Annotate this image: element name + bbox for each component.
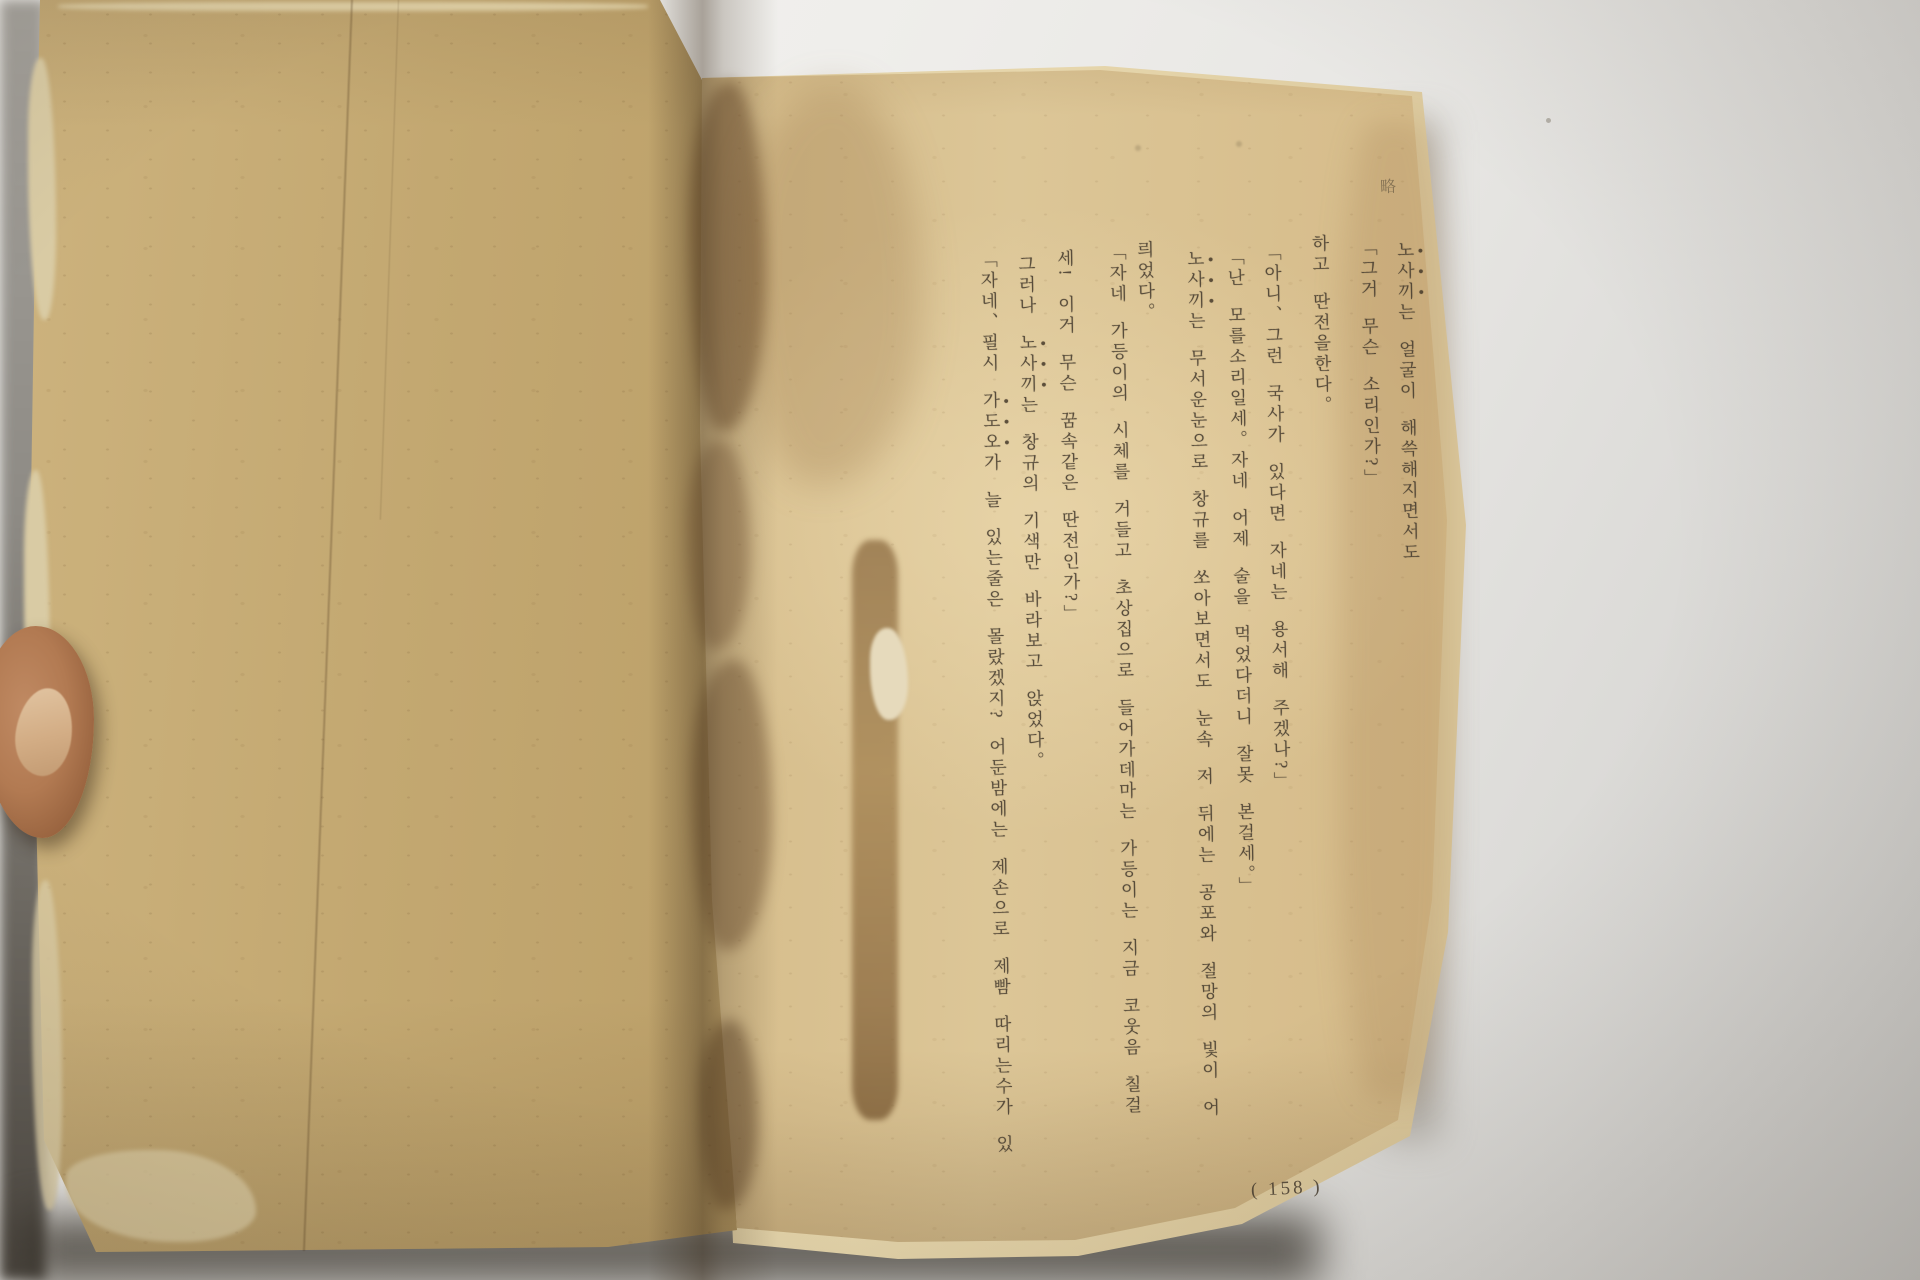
peeling-damage xyxy=(852,540,898,1120)
col-post: 는 창규의 기색만 바라보고 앉었다。 xyxy=(1019,395,1046,772)
text-column-3: 하고 딴전을한다。 xyxy=(1308,234,1343,417)
faint-speck xyxy=(1135,145,1141,151)
background-speck xyxy=(1546,118,1551,123)
text-column-10: 그러나 노사끼는 창규의 기색만 바라보고 앉었다。 xyxy=(1014,254,1055,772)
emphasized-name: 가도오 xyxy=(981,391,1002,453)
page-number: ( 158 ) xyxy=(1250,1176,1323,1202)
text-column-8: 「자네 가등이의 시체를 거들고 초상집으로 들어가데마는 가등이는 지금 코웃… xyxy=(1105,242,1153,1116)
emphasized-name: 노사끼 xyxy=(1018,333,1039,395)
col-pre: 하고 딴전을한다。 xyxy=(1310,234,1333,417)
text-column-6: 노사끼는 무서운눈으로 창규를 쏘아보면서도 눈속 저 뒤에는 공포와 절망의 … xyxy=(1183,249,1231,1119)
running-head: 略 xyxy=(1380,174,1397,198)
col-pre: 「아니、그런 국사가 있다면 자네는 용서해 주겠나?」 xyxy=(1262,243,1292,793)
col-pre: 그러나 xyxy=(1016,254,1037,333)
col-pre: 세! 이거 무슨 꿈속같은 딴전인가?」 xyxy=(1055,249,1082,625)
col-pre: 「그거 무슨 소리인가?」 xyxy=(1358,238,1383,489)
emphasized-name: 노사끼 xyxy=(1395,240,1416,302)
faint-speck xyxy=(1236,141,1242,147)
text-column-5: 「난 모를소리일세。자네 어제 술을 먹었다더니 잘못 본걸세。」 xyxy=(1223,247,1267,897)
col-pre: 「난 모를소리일세。자네 어제 술을 먹었다더니 잘못 본걸세。」 xyxy=(1225,248,1257,898)
text-block: 노사끼는 얼굴이 해쓱해지면서도 「그거 무슨 소리인가?」 하고 딴전을한다。… xyxy=(940,232,1478,1201)
text-column-9: 세! 이거 무슨 꿈속같은 딴전인가?」 xyxy=(1053,248,1092,625)
col-pre: 「자네 가등이의 시체를 거들고 초상집으로 들어가데마는 가등이는 지금 코웃… xyxy=(1107,243,1143,1117)
gutter-shadow xyxy=(648,0,778,1280)
text-column-4: 「아니、그런 국사가 있다면 자네는 용서해 주겠나?」 xyxy=(1260,243,1302,793)
col-post: 는 얼굴이 해쓱해지면서도 xyxy=(1396,302,1421,563)
col-pre: 「자네、필시 xyxy=(978,250,1001,391)
col-post: 는 무서운눈으로 창규를 쏘아보면서도 눈속 저 뒤에는 공포와 절망의 빛이 … xyxy=(1186,311,1221,1119)
col-post: 가 늘 있는줄은 몰랐겠지? 어둔밤에는 제손으로 제빰 따리는수가 있 xyxy=(982,453,1015,1156)
text-column-2: 「그거 무슨 소리인가?」 xyxy=(1356,238,1393,490)
emphasized-name: 노사끼 xyxy=(1185,249,1206,311)
book-photo: 略 노사끼는 얼굴이 해쓱해지면서도 「그거 무슨 소리인가?」 하고 딴전을한… xyxy=(0,0,1920,1280)
text-column-1: 노사끼는 얼굴이 해쓱해지면서도 xyxy=(1393,240,1431,564)
